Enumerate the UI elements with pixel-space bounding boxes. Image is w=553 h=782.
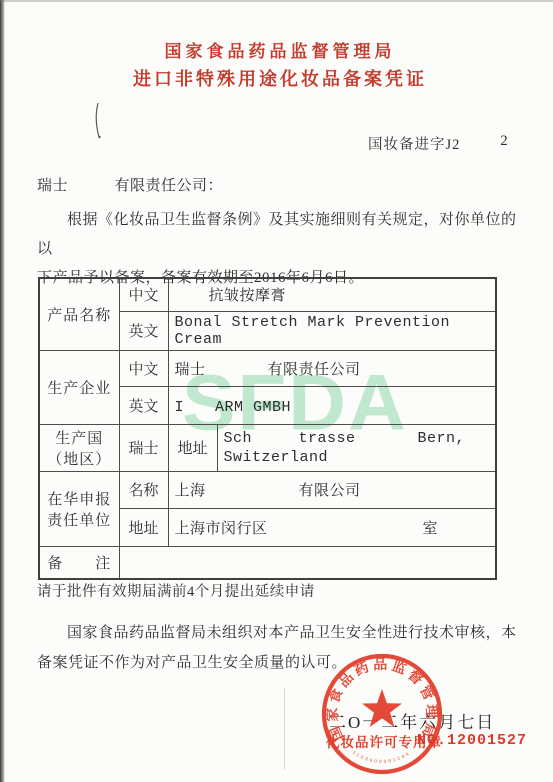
product-name-label: 产品名称 [39, 278, 119, 350]
country-address-value: Sch trasse Bern, Switzerland [217, 424, 496, 471]
scanned-certificate-page: { "document": { "title_line1": "国家食品药品监督… [0, 0, 553, 782]
remark-value [119, 546, 496, 579]
scan-top-edge-shadow [0, 0, 553, 2]
scan-left-edge-shadow [0, 0, 5, 782]
product-info-table-area: SFDA 产品名称 中文 抗皱按摩膏 英文 Bonal Stretch Mark… [38, 277, 497, 570]
manufacturer-cn-key: 中文 [119, 350, 168, 386]
product-name-en-value: Bonal Stretch Mark Prevention Cream [168, 311, 496, 350]
country-label: 生产国 （地区） [39, 424, 119, 471]
product-name-en-key: 英文 [119, 311, 168, 350]
table-row: 备 注 [39, 546, 496, 579]
table-row: 生产国 （地区） 瑞士 地址 Sch trasse Bern, Switzerl… [39, 424, 496, 471]
disclaimer-line-2: 备案凭证不作为对产品卫生安全质量的认可。 [37, 655, 347, 671]
document-title: 国家食品药品监督管理局 进口非特殊用途化妆品备案凭证 [20, 38, 540, 94]
pen-stroke-mark [88, 98, 112, 146]
paper-fold-mark [284, 688, 285, 770]
product-info-table: 产品名称 中文 抗皱按摩膏 英文 Bonal Stretch Mark Prev… [38, 277, 497, 580]
reference-page-number: 2 [500, 133, 508, 154]
seal-serial-text: 1100000081204 [352, 750, 410, 764]
title-certificate-type: 进口非特殊用途化妆品备案凭证 [20, 65, 540, 94]
country-address-key: 地址 [168, 424, 217, 471]
seal-star-icon [362, 689, 402, 727]
reference-number-line: 国妆备进字J2 2 [368, 133, 509, 154]
manufacturer-label: 生产企业 [39, 350, 119, 424]
china-agent-label: 在华申报 责任单位 [39, 471, 119, 546]
manufacturer-cn-value: 瑞士 有限责任公司 [168, 350, 496, 386]
product-name-cn-key: 中文 [119, 278, 168, 311]
official-seal: 国家食品药品监督管理局 1100000081204 [306, 638, 458, 782]
renewal-note: 请于批件有效期届满前4个月提出延续申请 [37, 580, 315, 601]
table-row: 生产企业 中文 瑞士 有限责任公司 [39, 350, 496, 386]
seal-registration-number: NO.12001527 [417, 732, 527, 749]
title-authority: 国家食品药品监督管理局 [20, 38, 540, 65]
reference-code: 国妆备进字J2 [368, 133, 460, 154]
manufacturer-en-value: I ARM GMBH [168, 386, 496, 424]
salutation-line: 瑞士 有限责任公司： [37, 174, 223, 195]
product-name-cn-value: 抗皱按摩膏 [168, 278, 496, 311]
manufacturer-en-key: 英文 [119, 386, 168, 424]
china-agent-name-key: 名称 [119, 471, 168, 508]
china-agent-address-value: 上海市闵行区 室 [168, 508, 496, 546]
table-row: 在华申报 责任单位 名称 上海 有限公司 [39, 471, 496, 508]
intro-line-1: 根据《化妆品卫生监督条例》及其实施细则有关规定，对你单位的以 [37, 206, 521, 264]
remark-label: 备 注 [39, 546, 119, 579]
table-row: 产品名称 中文 抗皱按摩膏 [39, 278, 496, 311]
country-region-value: 瑞士 [119, 424, 168, 471]
china-agent-name-value: 上海 有限公司 [168, 471, 496, 508]
china-agent-address-key: 地址 [119, 508, 168, 546]
